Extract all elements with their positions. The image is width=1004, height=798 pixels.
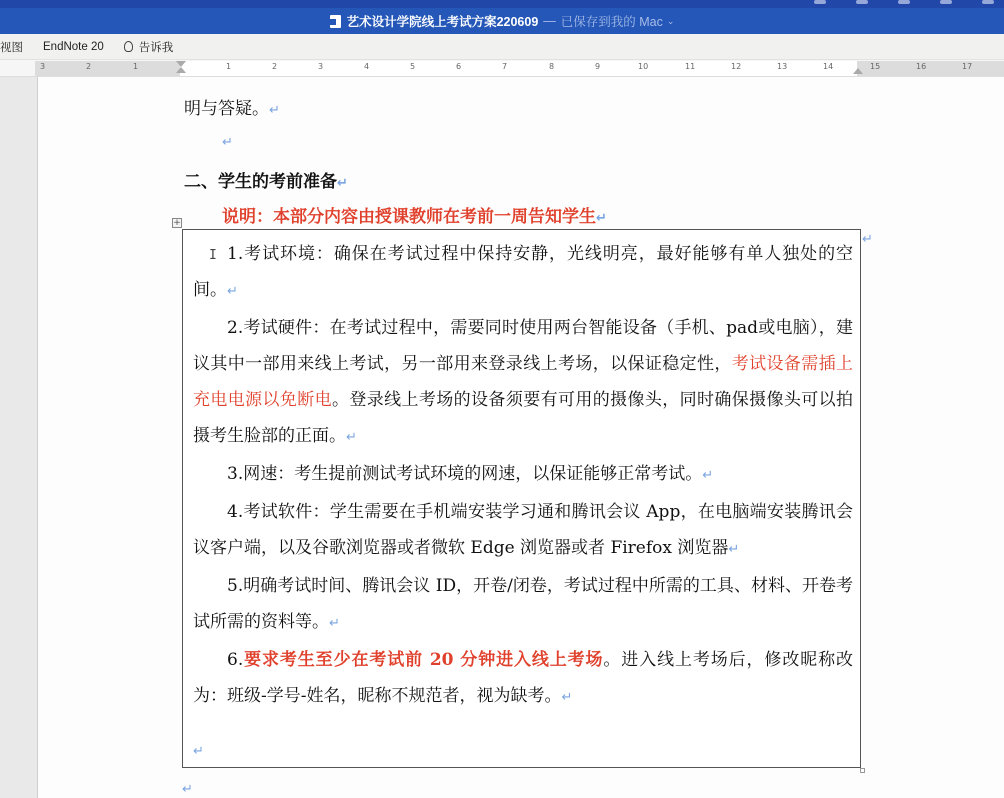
window-titlebar: 艺术设计学院线上考试方案220609 — 已保存到我的 Mac ⌄ [0, 8, 1004, 34]
paragraph-mark-icon: ↵ [728, 542, 739, 557]
list-item[interactable]: 3.网速：考生提前测试考试环境的网速，以保证能够正常考试。↵ [193, 456, 853, 494]
ruler-label: 4 [364, 62, 369, 71]
status-icon [940, 0, 952, 4]
list-item[interactable]: 1.考试环境：确保在考试过程中保持安静，光线明亮，最好能够有单人独处的空间。↵ [193, 236, 853, 310]
previous-paragraph[interactable]: 明与答疑。↵ [184, 94, 280, 119]
status-icon [982, 0, 994, 4]
paragraph-mark-icon: ↵ [182, 782, 193, 797]
paragraph-mark-icon: ↵ [702, 468, 713, 483]
paragraph-mark-icon: ↵ [337, 176, 348, 191]
list-item[interactable]: 4.考试软件：学生需要在手机端安装学习通和腾讯会议 App，在电脑端安装腾讯会议… [193, 494, 853, 568]
word-document-icon [330, 15, 341, 28]
ruler-label: 2 [86, 62, 91, 71]
status-icon [814, 0, 826, 4]
tab-endnote[interactable]: EndNote 20 [43, 41, 104, 53]
lightbulb-icon [124, 41, 133, 52]
title-separator: — [543, 14, 556, 28]
list-item[interactable]: 5.明确考试时间、腾讯会议 ID，开卷/闭卷，考试过程中所需的工具、材料、开卷考… [193, 568, 853, 642]
paragraph-text: 明与答疑。 [184, 99, 269, 119]
heading-text: 二、学生的考前准备 [184, 172, 337, 192]
ruler-label: 9 [595, 62, 600, 71]
item-text: 6. [227, 650, 243, 670]
paragraph-mark-icon: ↵ [346, 430, 357, 445]
ruler-label: 8 [549, 62, 554, 71]
paragraph-mark-icon: ↵ [269, 103, 280, 118]
ruler-label: 12 [731, 62, 741, 71]
chevron-down-icon[interactable]: ⌄ [667, 16, 675, 27]
ribbon-tabs: 视图 EndNote 20 告诉我 [0, 34, 1004, 60]
ruler-label: 7 [502, 62, 507, 71]
ruler-left-margin [35, 61, 180, 76]
ruler-label: 5 [410, 62, 415, 71]
item-text: 5.明确考试时间、腾讯会议 ID，开卷/闭卷，考试过程中所需的工具、材料、开卷考… [193, 576, 853, 632]
tab-view-label: 视图 [0, 39, 23, 55]
ruler-label: 6 [456, 62, 461, 71]
item-text: 1.考试环境：确保在考试过程中保持安静，光线明亮，最好能够有单人独处的空间。 [193, 244, 853, 300]
table-move-handle[interactable]: + [172, 218, 182, 228]
item-text: 4.考试软件：学生需要在手机端安装学习通和腾讯会议 App，在电脑端安装腾讯会议… [193, 502, 853, 558]
list-item[interactable]: 2.考试硬件：在考试过程中，需要同时使用两台智能设备（手机、pad或电脑），建议… [193, 310, 853, 456]
hanging-indent-marker[interactable] [176, 67, 186, 73]
list-item[interactable]: 6.要求考生至少在考试前 20 分钟进入线上考场。进入线上考场后，修改昵称改为：… [193, 642, 853, 716]
paragraph-mark-icon: ↵ [596, 211, 607, 226]
ruler-label: 1 [226, 62, 231, 71]
system-strip [0, 0, 1004, 8]
tab-view[interactable]: 视图 [0, 39, 23, 55]
ruler-label: 10 [638, 62, 648, 71]
paragraph-mark-icon: ↵ [227, 284, 238, 299]
ruler-label: 15 [870, 62, 880, 71]
tab-endnote-label: EndNote 20 [43, 41, 104, 53]
ruler-label: 11 [685, 62, 695, 71]
ruler-label: 17 [962, 62, 972, 71]
ruler-label: 3 [40, 62, 45, 71]
tell-me-label: 告诉我 [139, 39, 174, 55]
ruler-label: 13 [777, 62, 787, 71]
ruler-label: 1 [133, 62, 138, 71]
row-end-mark-icon: ↵ [862, 232, 873, 247]
note-paragraph[interactable]: 说明：本部分内容由授课教师在考前一周告知学生↵ [222, 202, 607, 227]
table-cell-content[interactable]: 1.考试环境：确保在考试过程中保持安静，光线明亮，最好能够有单人独处的空间。↵ … [193, 236, 853, 716]
tell-me-button[interactable]: 告诉我 [124, 39, 174, 55]
status-icon [856, 0, 868, 4]
table-resize-handle[interactable] [860, 768, 865, 773]
ruler-label: 14 [823, 62, 833, 71]
paragraph-mark-icon: ↵ [562, 690, 573, 705]
status-icon [898, 0, 910, 4]
ruler-label: 16 [916, 62, 926, 71]
paragraph-mark-icon: ↵ [222, 135, 233, 150]
paragraph-mark-icon: ↵ [193, 744, 204, 759]
right-indent-marker[interactable] [853, 68, 863, 74]
item-text: 3.网速：考生提前测试考试环境的网速，以保证能够正常考试。 [227, 464, 702, 484]
paragraph-mark-icon: ↵ [329, 616, 340, 631]
empty-paragraph[interactable]: ↵ [222, 131, 233, 151]
document-title: 艺术设计学院线上考试方案220609 [347, 12, 539, 30]
ruler-label: 2 [272, 62, 277, 71]
ruler-label: 3 [318, 62, 323, 71]
section-heading[interactable]: 二、学生的考前准备↵ [184, 167, 348, 192]
item-highlight-text: 要求考生至少在考试前 20 分钟进入线上考场 [243, 650, 603, 670]
horizontal-ruler[interactable]: 3 2 1 1 2 3 4 5 6 7 8 9 10 11 12 13 14 1… [0, 60, 1004, 77]
save-status[interactable]: 已保存到我的 Mac [561, 12, 663, 30]
note-text: 说明：本部分内容由授课教师在考前一周告知学生 [222, 207, 596, 227]
ruler-text-area [180, 61, 857, 76]
